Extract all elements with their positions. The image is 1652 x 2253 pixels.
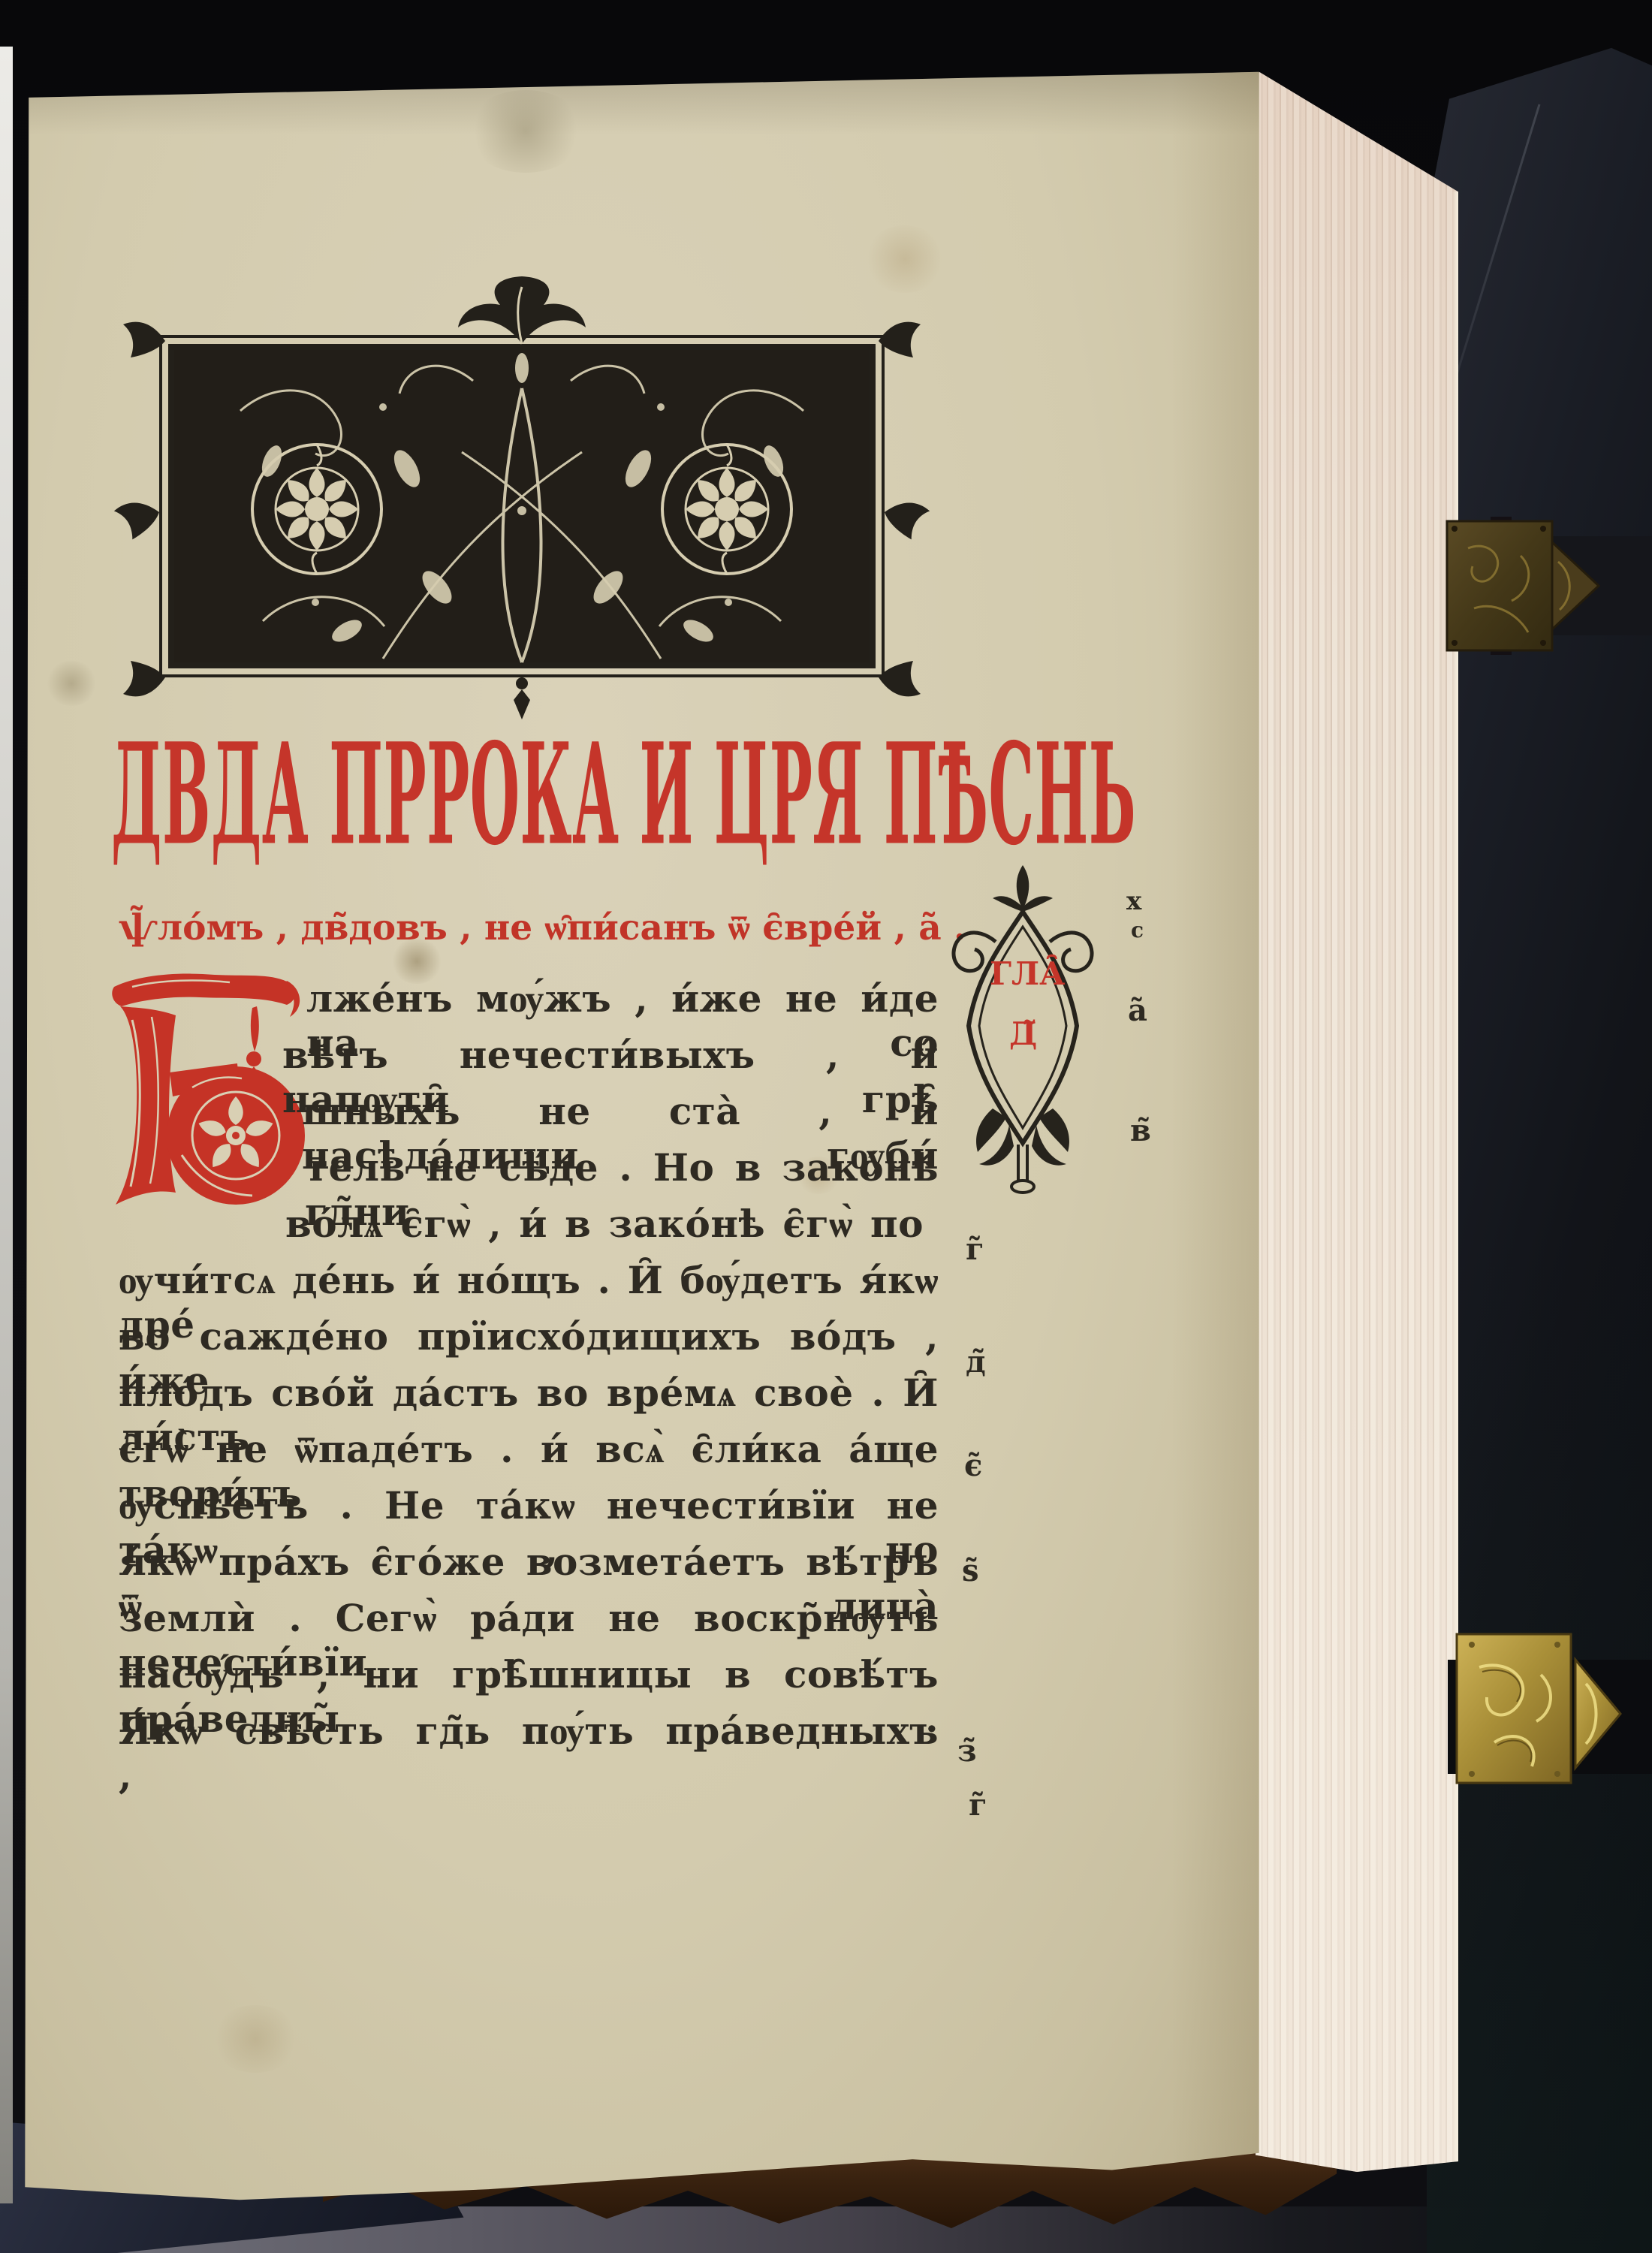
body-line: землѝ . Сегѡ̀ ра́ди не воскр̃нѹтъ нечест…: [119, 1596, 939, 1644]
margin-verse-number: г̃: [966, 1232, 984, 1267]
margin-mark: х: [1126, 886, 1141, 916]
body-line: во сажде́но прїисхо́дищихъ во́дъ , и́же: [119, 1314, 939, 1362]
body-line: є̑гѡ̀ не ѿпаде́тъ . и́ всѧ̀ є̑ли́ка а́ще…: [119, 1427, 939, 1475]
margin-verse-number: з̃: [957, 1733, 977, 1769]
body-line: вѣ́тъ нечести́выхъ , и́ напѹти̑ грѣ̑: [282, 1033, 939, 1081]
paper-stain: [210, 2005, 300, 2073]
page-gutter-shadow: [1171, 68, 1262, 2204]
margin-verse-number: а̃: [1128, 993, 1147, 1028]
body-line: лже́нъ мѹ́жъ , и́же не и́де на со: [306, 976, 939, 1024]
psalm-heading: ѱ̃ло́мъ , дв̃довъ , не ѡ̑пи́санъ ѿ є̑вре…: [119, 907, 939, 949]
photo-of-open-psalter: ДВДА ПРРОКА И ЦРЯ ПѢСНЬ ѱ̃ло́мъ , дв̃дов…: [0, 0, 1652, 2253]
margin-verse-number: ѕ̃: [962, 1553, 979, 1588]
upper-brass-clasp: [1444, 517, 1652, 655]
margin-quire-mark: г̃: [969, 1787, 987, 1823]
margin-verse-number: д̃: [966, 1344, 986, 1380]
body-line: во́лѧ є̑гѡ̀ , и́ в зако́нѣ є̑гѡ̀ по: [285, 1202, 924, 1250]
paper-stain: [466, 90, 586, 173]
page-top-shadow: [15, 68, 1262, 135]
body-line: ѹспѣ́етъ . Не та́кѡ нечести́вїи не та́кѡ…: [119, 1483, 939, 1531]
headpiece-woodcut: [158, 272, 886, 722]
body-line: шныхъ не ста̀ , и́ насѣда́лищи гѹби́: [302, 1089, 939, 1137]
margin-mark: с: [1131, 918, 1144, 943]
left-book-edge: [0, 47, 13, 2203]
body-line: тель не сѣ́де . Но в зако́нѣ гд̃ни: [305, 1145, 939, 1193]
back-cover-leather: [1427, 41, 1652, 2253]
body-line: я́кѡ пра́хъ є̑го́же возмета́етъ вѣ́тръ ѿ…: [119, 1540, 939, 1588]
paper-stain: [45, 661, 98, 706]
margin-verse-number: в̃: [1130, 1113, 1151, 1148]
margin-verse-number: є̃: [964, 1448, 982, 1483]
body-line: ѹчи́тсѧ де́нь и́ но́щъ . И̑ бѹ́детъ я́кѡ…: [119, 1258, 939, 1306]
page-block-fore-edge: [1256, 72, 1458, 2172]
body-line: пло́дъ сво́й да́стъ во вре́мѧ своѐ . И̑ …: [119, 1371, 939, 1419]
cartouche-chapter-word: ГЛА̑: [990, 955, 1065, 992]
cartouche-chapter-number: Д̃: [1009, 1015, 1037, 1052]
lower-brass-clasp: [1448, 1628, 1652, 1796]
body-line: Я́кѡ свѣ́сть гд̃ь пѹ́ть пра́ведныхъ ,: [119, 1709, 939, 1757]
vyaz-title: ДВДА ПРРОКА И ЦРЯ ПѢСНЬ: [111, 712, 1136, 876]
body-line: насѹ́дъ , ни грѣ̑шницы в совѣ́тъ пра́вед…: [119, 1652, 939, 1700]
drop-cap-initial: [110, 967, 306, 1223]
